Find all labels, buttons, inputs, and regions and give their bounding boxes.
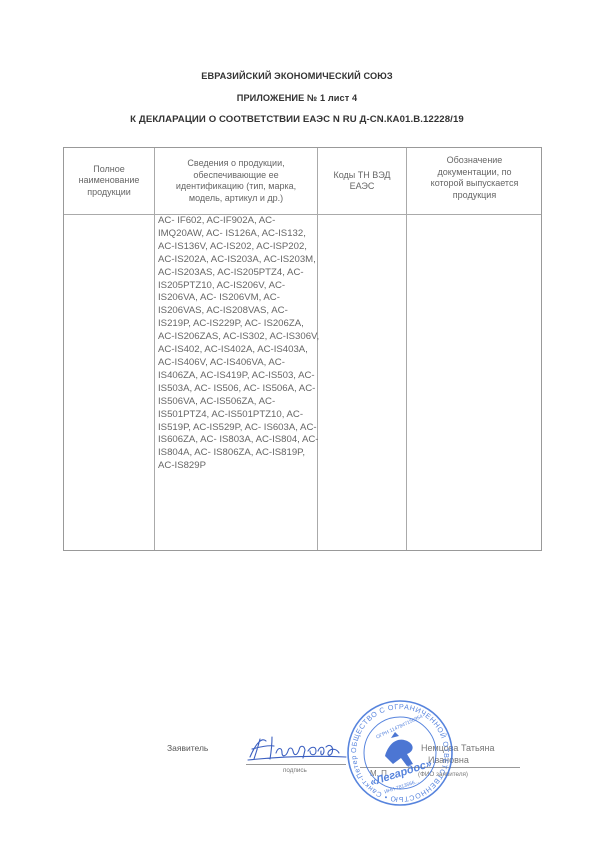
column-header-documentation: Обозначение документации, по которой вып…	[407, 145, 542, 211]
signature	[246, 733, 356, 763]
svg-text:ОГРН 1147847156954: ОГРН 1147847156954	[375, 714, 424, 741]
column-header-tnved: Коды ТН ВЭД ЕАЭС	[318, 148, 406, 214]
declaration-title: К ДЕКЛАРАЦИИ О СООТВЕТСТВИИ ЕАЭС N RU Д-…	[0, 114, 594, 125]
company-stamp: ОБЩЕСТВО С ОГРАНИЧЕННОЙ ОТВЕТСТВЕННОСТЬЮ…	[345, 698, 455, 808]
signature-line	[246, 764, 346, 765]
products-table: Полное наименование продукции Сведения о…	[63, 147, 542, 551]
appendix-title: ПРИЛОЖЕНИЕ № 1 лист 4	[0, 93, 594, 103]
signature-caption: подпись	[283, 767, 307, 774]
table-cell-identification: AC- IF602, AC-IF902A, AC-IMQ20AW, AC- IS…	[155, 215, 320, 473]
applicant-label: Заявитель	[167, 743, 208, 753]
column-header-product-name: Полное наименование продукции	[64, 148, 154, 214]
union-title: ЕВРАЗИЙСКИЙ ЭКОНОМИЧЕСКИЙ СОЮЗ	[0, 71, 594, 81]
column-header-identification: Сведения о продукции, обеспечивающие ее …	[155, 148, 317, 214]
